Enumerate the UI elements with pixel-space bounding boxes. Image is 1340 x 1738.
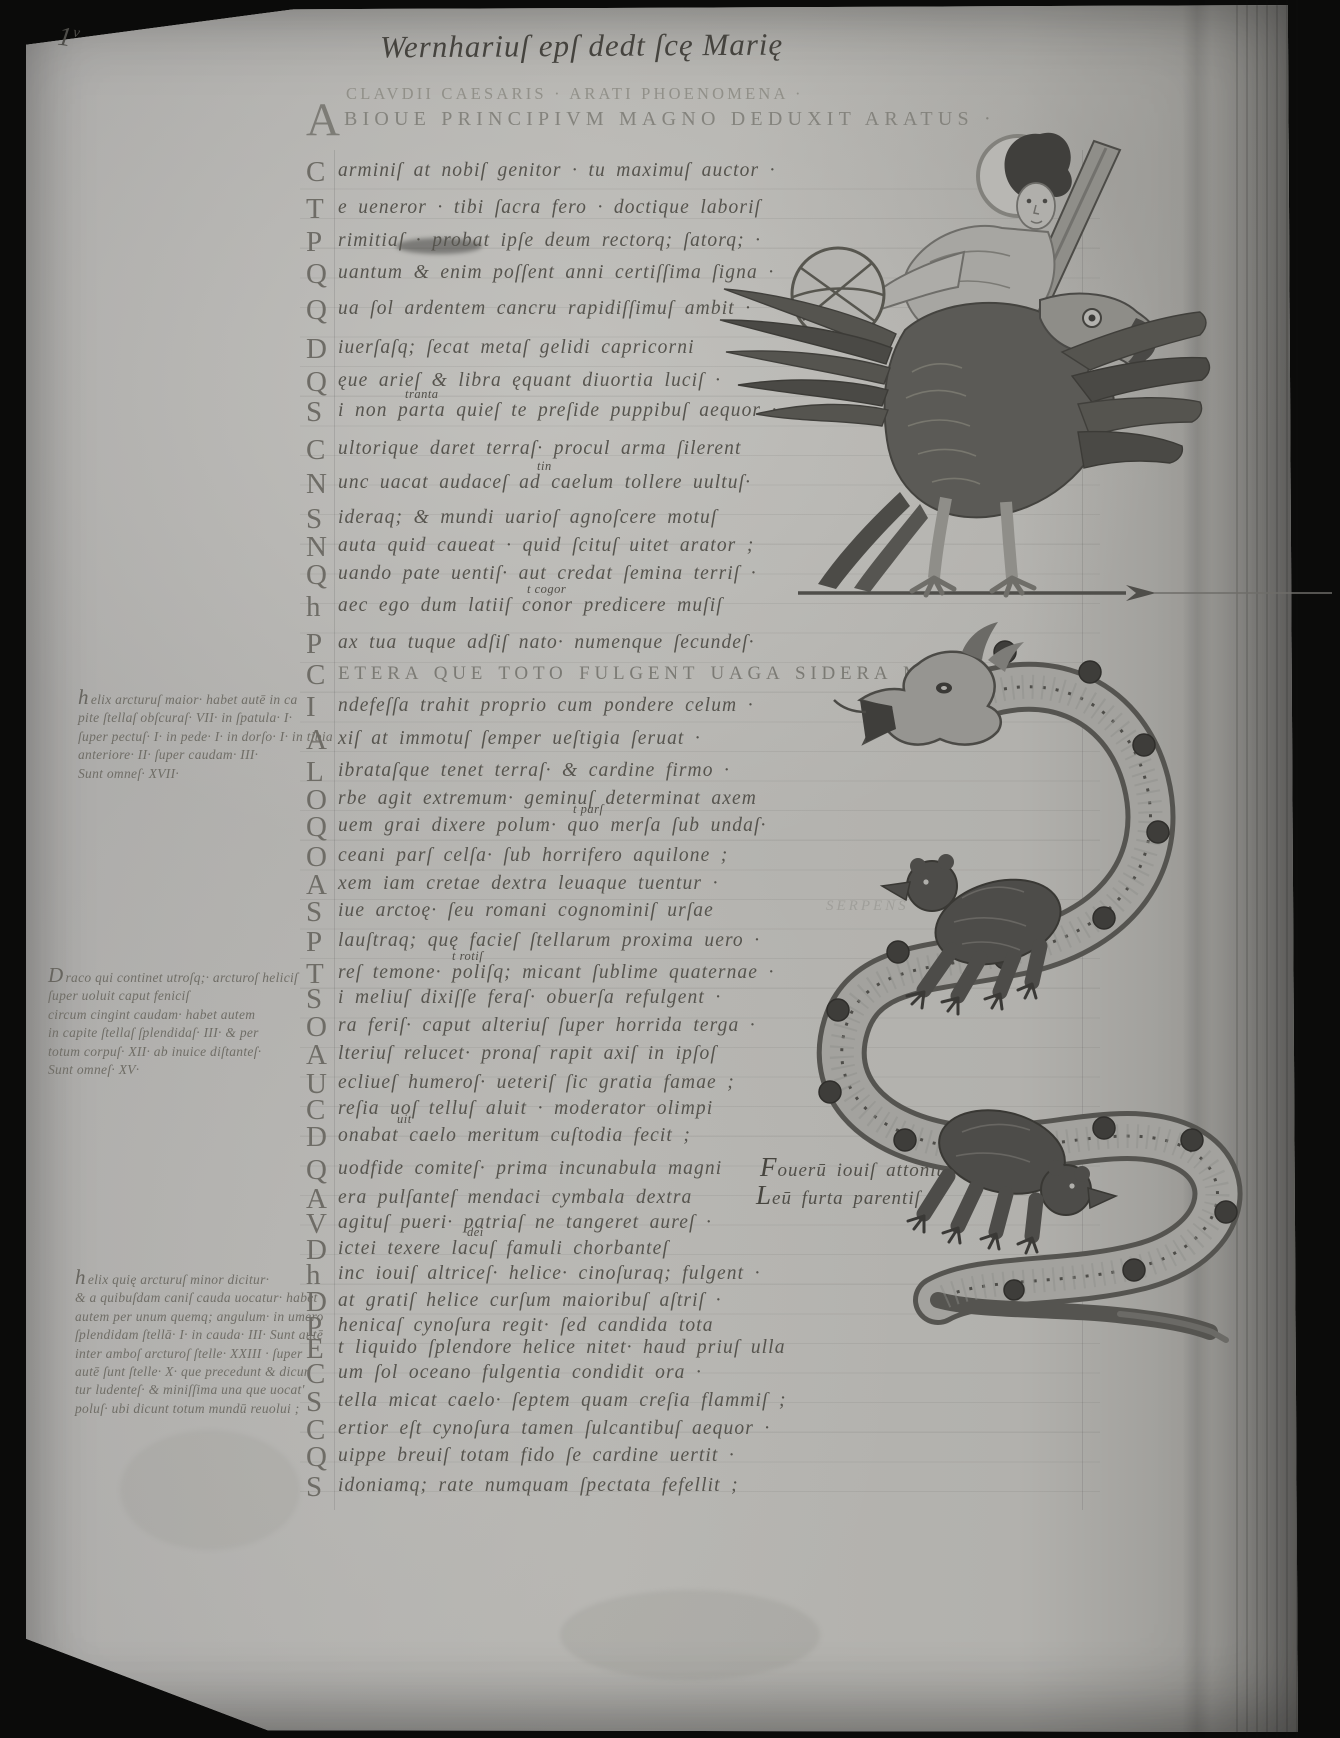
margin-note: helix arcturuſ maior· habet autē in capi… [78, 688, 333, 783]
verse-text: ua ſol ardentem cancru rapidiſſimuſ ambi… [338, 298, 751, 319]
verse-text: i meliuſ dixiſſe feraſ· obuerſa refulgen… [338, 987, 721, 1008]
verse-text: ęue arieſ & libra ęquant diuortia luciſ … [338, 370, 721, 391]
opening-initial: A [306, 94, 340, 146]
verse-line: Primitiaſ · probat ipſe deum rectorq; ſa… [306, 229, 761, 261]
versal-initial: D [306, 336, 338, 362]
margin-note-line: Draco qui continet utroſq;· arcturoſ hel… [48, 966, 298, 987]
margin-note-text: elix arcturuſ maior· habet autē in ca [91, 692, 298, 707]
margin-note-line: helix arcturuſ maior· habet autē in ca [78, 688, 333, 709]
verse-line: Alteriuſ relucet· pronaſ rapit axiſ in i… [306, 1042, 717, 1074]
verse-line: Qęue arieſ & libra ęquant diuortia luciſ… [306, 369, 721, 401]
verse-text: auta quid caueat · quid ſcituſ uitet ara… [338, 535, 754, 556]
opening-line: ABIOUE PRINCIPIVM MAGNO DEDUXIT ARATUS · [306, 100, 996, 140]
verse-continuation: Fouerū iouiſ attonitę [760, 1152, 952, 1183]
verse-text: uodfide comiteſ· prima incunabula magni [338, 1158, 722, 1179]
verse-text: at gratiſ helice curſum maioribuſ aſtriſ… [338, 1290, 722, 1311]
margin-note-line: ſplendidam ſtellā· I· in cauda· III· Sun… [75, 1326, 324, 1344]
verse-text: agituſ pueri· patriaſ ne tangeret aureſ … [338, 1212, 712, 1233]
margin-note-text: Sunt omneſ· XV· [48, 1062, 140, 1077]
versal-initial: S [306, 506, 338, 532]
verse-line: Nunc uacat audaceſ ad caelum tollere uul… [306, 471, 751, 503]
verse-line: haec ego dum latiiſ conor predicere muſi… [306, 594, 723, 626]
margin-note-text: circum cingint caudam· habet autem [48, 1007, 255, 1022]
verse-line: Si non parta quieſ te preſide puppibuſ a… [306, 399, 778, 431]
verse-text: uem grai dixere polum· quo merſa ſub und… [338, 815, 767, 836]
verse-text: ax tua tuque adſiſ nato· numenque ſecund… [338, 632, 755, 653]
versal-initial: D [306, 1124, 338, 1150]
margin-note: Draco qui continet utroſq;· arcturoſ hel… [48, 966, 298, 1079]
verse-text: iue arctoę· ſeu romani cognominiſ urſae [338, 900, 714, 921]
verse-text: reſia uoſ telluſ aluit · moderator olimp… [338, 1098, 713, 1119]
versal-initial: Q [306, 1444, 338, 1470]
verse-text: uantum & enim poſſent anni certiſſima ſi… [338, 262, 774, 283]
margin-note-text: raco qui continet utroſq;· arcturoſ heli… [65, 970, 298, 985]
verse-text: i non parta quieſ te preſide puppibuſ ae… [338, 400, 778, 421]
margin-note-text: totum corpuſ· XII· ab inuice diſtanteſ· [48, 1044, 261, 1059]
verse-line: Te ueneror · tibi ſacra fero · doctique … [306, 196, 761, 228]
verse-line: Pax tua tuque adſiſ nato· numenque ſecun… [306, 631, 755, 663]
continuation-initial: F [760, 1152, 777, 1182]
margin-note-text: elix quię arcturuſ minor dicitur· [88, 1272, 270, 1287]
interlinear-gloss: uit [397, 1112, 412, 1127]
verse-line: Quantum & enim poſſent anni certiſſima ſ… [306, 261, 774, 293]
versal-initial: O [306, 1014, 338, 1040]
versal-initial: C [306, 1417, 338, 1443]
margin-note-line: totum corpuſ· XII· ab inuice diſtanteſ· [48, 1043, 298, 1061]
margin-note-line: in capite ſtellaſ ſplendidaſ· III· & per [48, 1024, 298, 1042]
margin-note-text: inter amboſ arcturoſ ſtelle· XXIII · ſup… [75, 1346, 303, 1361]
verse-line: Qua ſol ardentem cancru rapidiſſimuſ amb… [306, 297, 751, 329]
verse-text: ndefeſſa trahit proprio cum pondere celu… [338, 695, 754, 716]
margin-note-text: autē ſunt ſtelle· X· que precedunt & dic… [75, 1364, 311, 1379]
margin-note-text: ſuper pectuſ· I· in pede· I· in dorſo· I… [78, 729, 333, 744]
continuation-text: eū furta parentiſ [772, 1188, 921, 1209]
versal-initial: C [306, 1097, 338, 1123]
versal-initial: P [306, 631, 338, 657]
verse-text: lauſtraq; quę facieſ ſtellarum proxima u… [338, 930, 760, 951]
interlinear-gloss: dei [467, 1225, 484, 1240]
interlinear-gloss: t parſ [573, 802, 603, 817]
verse-text: reſ temone· poliſq; micant ſublime quate… [338, 962, 774, 983]
versal-initial: A [306, 1042, 338, 1068]
verse-text: uippe breuiſ totam fido ſe cardine uerti… [338, 1445, 735, 1466]
margin-note-text: pite ſtellaſ obſcuraſ· VII· in ſpatula· … [78, 710, 292, 725]
margin-note-line: ſuper uoluit caput feniciſ [48, 987, 298, 1005]
verse-text: henicaſ cynoſura regit· ſed candida tota [338, 1315, 714, 1336]
verse-line: Quodfide comiteſ· prima incunabula magni [306, 1157, 722, 1189]
margin-note-text: in capite ſtellaſ ſplendidaſ· III· & per [48, 1025, 259, 1040]
interlinear-gloss: t rotiſ [452, 949, 483, 964]
verse-text: t liquido ſplendore helice nitet· haud p… [338, 1337, 786, 1358]
margin-note-line: Sunt omneſ· XV· [48, 1061, 298, 1079]
verse-text: tella micat caelo· ſeptem quam creſia fl… [338, 1390, 787, 1411]
versal-initial: Q [306, 369, 338, 395]
parchment-stain [120, 1430, 300, 1550]
verse-text: xiſ at immotuſ ſemper ueſtigia ſeruat · [338, 728, 701, 749]
margin-note-line: ſuper pectuſ· I· in pede· I· in dorſo· I… [78, 728, 333, 746]
versal-initial: C [306, 159, 338, 185]
versal-initial: Q [306, 562, 338, 588]
versal-initial: C [306, 437, 338, 463]
verse-text: ideraq; & mundi uarioſ agnoſcere motuſ [338, 507, 717, 528]
verse-text: lteriuſ relucet· pronaſ rapit axiſ in ip… [338, 1043, 717, 1064]
verse-line: Diuerſaſq; ſecat metaſ gelidi capricorni [306, 336, 695, 368]
verse-line: CETERA QUE TOTO FULGENT UAGA SIDERA MUND… [306, 662, 999, 694]
verse-text: ceani parſ celſa· ſub horrifero aquilone… [338, 845, 728, 866]
margin-note-line: autem per unum quemq; angulum· in umero [75, 1308, 324, 1326]
margin-note-text: ſuper uoluit caput feniciſ [48, 988, 190, 1003]
parchment-stain [560, 1590, 820, 1680]
verse-line: Quem grai dixere polum· quo merſa ſub un… [306, 814, 767, 846]
margin-note-line: Sunt omneſ· XVII· [78, 765, 333, 783]
verse-continuation: Leū furta parentiſ [756, 1180, 921, 1211]
versal-initial: N [306, 534, 338, 560]
versal-initial: O [306, 787, 338, 813]
verse-line: Cultorique daret terraſ· procul arma ſil… [306, 437, 741, 469]
margin-note-line: circum cingint caudam· habet autem [48, 1006, 298, 1024]
versal-initial: P [306, 929, 338, 955]
versal-initial: C [306, 662, 338, 688]
interlinear-gloss: tranta [405, 387, 439, 402]
versal-initial: S [306, 899, 338, 925]
verse-text: iuerſaſq; ſecat metaſ gelidi capricorni [338, 337, 695, 358]
verse-text: um ſol oceano fulgentia condidit ora · [338, 1362, 702, 1383]
verse-text: ETERA QUE TOTO FULGENT UAGA SIDERA MUNDO [338, 663, 999, 684]
verse-text: e ueneror · tibi ſacra fero · doctique l… [338, 197, 761, 218]
margin-note-line: tur ludenteſ· & miniſſima una que uocat' [75, 1381, 324, 1399]
column-rule-right [1082, 150, 1083, 1510]
manuscript-photo: 1v Wernhariuſ epſ dedt ſcę Marię CLAVDII… [0, 0, 1340, 1738]
verse-text: xem iam cretae dextra leuaque tuentur · [338, 873, 719, 894]
margin-note-text: autem per unum quemq; angulum· in umero [75, 1309, 324, 1324]
verse-text: ultorique daret terraſ· procul arma ſile… [338, 438, 741, 459]
verse-line: Indefeſſa trahit proprio cum pondere cel… [306, 694, 754, 726]
verse-text: era pulſanteſ mendaci cymbala dextra [338, 1187, 692, 1208]
margin-note-text: ſplendidam ſtellā· I· in cauda· III· Sun… [75, 1327, 323, 1342]
verse-text: rbe agit extremum· geminuſ determinat ax… [338, 788, 757, 809]
margin-note: helix quię arcturuſ minor dicitur·& a qu… [75, 1268, 324, 1418]
margin-note-line: poluſ· ubi dicunt totum mundū reuolui ; [75, 1400, 324, 1418]
margin-note-text: & a quibuſdam caniſ cauda uocatur· habet [75, 1290, 318, 1305]
versal-initial: N [306, 471, 338, 497]
verse-line: Plauſtraq; quę facieſ ſtellarum proxima … [306, 929, 760, 961]
verse-text: aec ego dum latiiſ conor predicere muſiſ [338, 595, 723, 616]
margin-note-text: Sunt omneſ· XVII· [78, 766, 179, 781]
verse-line: Axiſ at immotuſ ſemper ueſtigia ſeruat · [306, 727, 701, 759]
opening-text: BIOUE PRINCIPIVM MAGNO DEDUXIT ARATUS · [344, 108, 996, 130]
interlinear-gloss: tin [537, 459, 552, 474]
margin-note-initial: h [75, 1265, 86, 1289]
serpens-label: SERPENS [826, 898, 909, 915]
folio-mark: 1v [56, 21, 82, 55]
continuation-initial: L [756, 1180, 771, 1210]
versal-initial: S [306, 1474, 338, 1500]
versal-initial: Q [306, 297, 338, 323]
verse-text: ictei texere lacuſ famuli chorbanteſ [338, 1238, 669, 1259]
versal-initial: S [306, 399, 338, 425]
verse-text: ra feriſ· caput alteriuſ ſuper horrida t… [338, 1015, 756, 1036]
margin-note-line: anteriore· II· ſuper caudam· III· [78, 746, 333, 764]
margin-note-line: pite ſtellaſ obſcuraſ· VII· in ſpatula· … [78, 709, 333, 727]
verse-line: Sidoniamq; rate numquam ſpectata fefelli… [306, 1474, 739, 1506]
versal-initial: S [306, 986, 338, 1012]
margin-note-initial: h [78, 685, 89, 709]
versal-initial: A [306, 872, 338, 898]
versal-initial: P [306, 229, 338, 255]
versal-initial: Q [306, 1157, 338, 1183]
verse-text: unc uacat audaceſ ad caelum tollere uult… [338, 472, 751, 493]
verse-text: arminiſ at nobiſ genitor · tu maximuſ au… [338, 160, 776, 181]
verse-line: Donabat caelo meritum cuſtodia fecit ;ui… [306, 1124, 691, 1156]
versal-initial: Q [306, 261, 338, 287]
verse-line: Carminiſ at nobiſ genitor · tu maximuſ a… [306, 159, 776, 191]
verse-text: inc iouiſ altriceſ· helice· cinoſuraq; f… [338, 1263, 761, 1284]
verse-text: onabat caelo meritum cuſtodia fecit ; [338, 1125, 691, 1146]
margin-note-line: autē ſunt ſtelle· X· que precedunt & dic… [75, 1363, 324, 1381]
margin-note-text: tur ludenteſ· & miniſſima una que uocat' [75, 1382, 305, 1397]
verse-text: ecliueſ humeroſ· ueteriſ ſic gratia fama… [338, 1072, 735, 1093]
ex-libris-inscription: Wernhariuſ epſ dedt ſcę Marię [380, 27, 783, 66]
verse-text: rimitiaſ · probat ipſe deum rectorq; ſat… [338, 230, 761, 251]
verse-line: Quippe breuiſ totam fido ſe cardine uert… [306, 1444, 735, 1476]
margin-note-line: inter amboſ arcturoſ ſtelle· XXIII · ſup… [75, 1345, 324, 1363]
versal-initial: h [306, 594, 338, 620]
continuation-text: ouerū iouiſ attonitę [778, 1160, 953, 1181]
margin-note-line: & a quibuſdam caniſ cauda uocatur· habet [75, 1289, 324, 1307]
interlinear-gloss: t cogor [527, 582, 566, 597]
verse-text: ertior eſt cynoſura tamen ſulcantibuſ ae… [338, 1418, 770, 1439]
versal-initial: O [306, 844, 338, 870]
verse-line: Siue arctoę· ſeu romani cognominiſ urſae [306, 899, 714, 931]
margin-note-text: anteriore· II· ſuper caudam· III· [78, 747, 258, 762]
verse-text: uando pate uentiſ· aut credat ſemina ter… [338, 563, 757, 584]
verse-text: idoniamq; rate numquam ſpectata fefellit… [338, 1475, 739, 1496]
versal-initial: Q [306, 814, 338, 840]
versal-initial: T [306, 196, 338, 222]
margin-note-initial: D [48, 963, 63, 987]
margin-note-line: helix quię arcturuſ minor dicitur· [75, 1268, 324, 1289]
margin-note-text: poluſ· ubi dicunt totum mundū reuolui ; [75, 1401, 300, 1416]
verse-text: ibrataſque tenet terraſ· & cardine firmo… [338, 760, 730, 781]
